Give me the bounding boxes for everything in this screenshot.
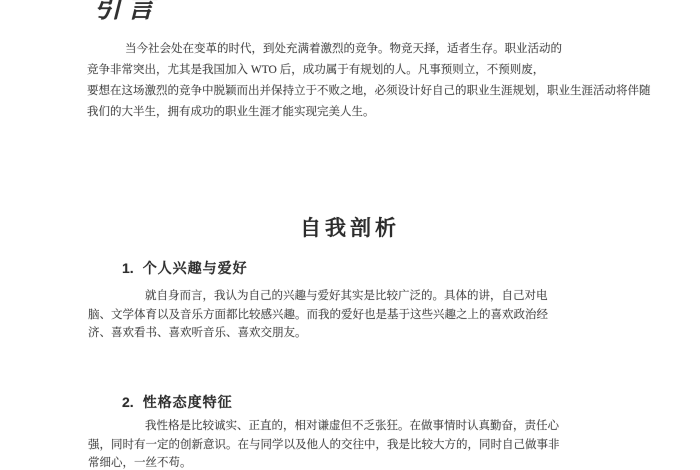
- section-1-title: 个人兴趣与爱好: [143, 260, 248, 276]
- section-2-number: 2.: [122, 394, 134, 410]
- section-1-line: 济、喜欢看书、喜欢听音乐、喜欢交朋友。: [88, 324, 548, 343]
- intro-paragraph: 当今社会处在变革的时代，到处充满着激烈的竞争。物竞天择，适者生存。职业活动的 竞…: [87, 39, 651, 123]
- section-1-line: 脑、文学体育以及音乐方面都比较感兴趣。而我的爱好也是基于这些兴趣之上的喜欢政治经: [88, 306, 548, 325]
- section-2-paragraph: 我性格是比较诚实、正直的，相对谦虚但不乏张狂。在做事情时认真勤奋，责任心 强，同…: [88, 417, 560, 470]
- intro-line: 竞争非常突出，尤其是我国加入 WTO 后，成功属于有规划的人。凡事预则立，不预则…: [87, 60, 651, 81]
- section-1-number: 1.: [122, 260, 134, 276]
- section-1-line: 就自身而言，我认为自己的兴趣与爱好其实是比较广泛的。具体的讲，自己对电: [88, 287, 548, 306]
- intro-line: 当今社会处在变革的时代，到处充满着激烈的竞争。物竞天择，适者生存。职业活动的: [87, 39, 651, 60]
- section-2-line: 强，同时有一定的创新意识。在与同学以及他人的交往中，我是比较大方的，同时自己做事…: [88, 436, 560, 455]
- section-2-line: 我性格是比较诚实、正直的，相对谦虚但不乏张狂。在做事情时认真勤奋，责任心: [88, 417, 560, 436]
- intro-line: 要想在这场激烈的竞争中脱颖而出并保持立于不败之地，必须设计好自己的职业生涯规划，…: [87, 81, 651, 102]
- document-page: 引言 当今社会处在变革的时代，到处充满着激烈的竞争。物竞天择，适者生存。职业活动…: [0, 0, 700, 470]
- section-1-paragraph: 就自身而言，我认为自己的兴趣与爱好其实是比较广泛的。具体的讲，自己对电 脑、文学…: [88, 287, 548, 343]
- intro-line: 我们的大半生，拥有成功的职业生涯才能实现完美人生。: [87, 102, 651, 123]
- page-title: 引言: [94, 0, 160, 25]
- section-2-title: 性格态度特征: [143, 394, 233, 410]
- section-1-heading: 1.个人兴趣与爱好: [122, 258, 248, 278]
- section-2-heading: 2.性格态度特征: [122, 392, 233, 412]
- section-2-line: 常细心，一丝不苟。: [88, 454, 560, 470]
- section-group-heading: 自我剖析: [0, 212, 700, 242]
